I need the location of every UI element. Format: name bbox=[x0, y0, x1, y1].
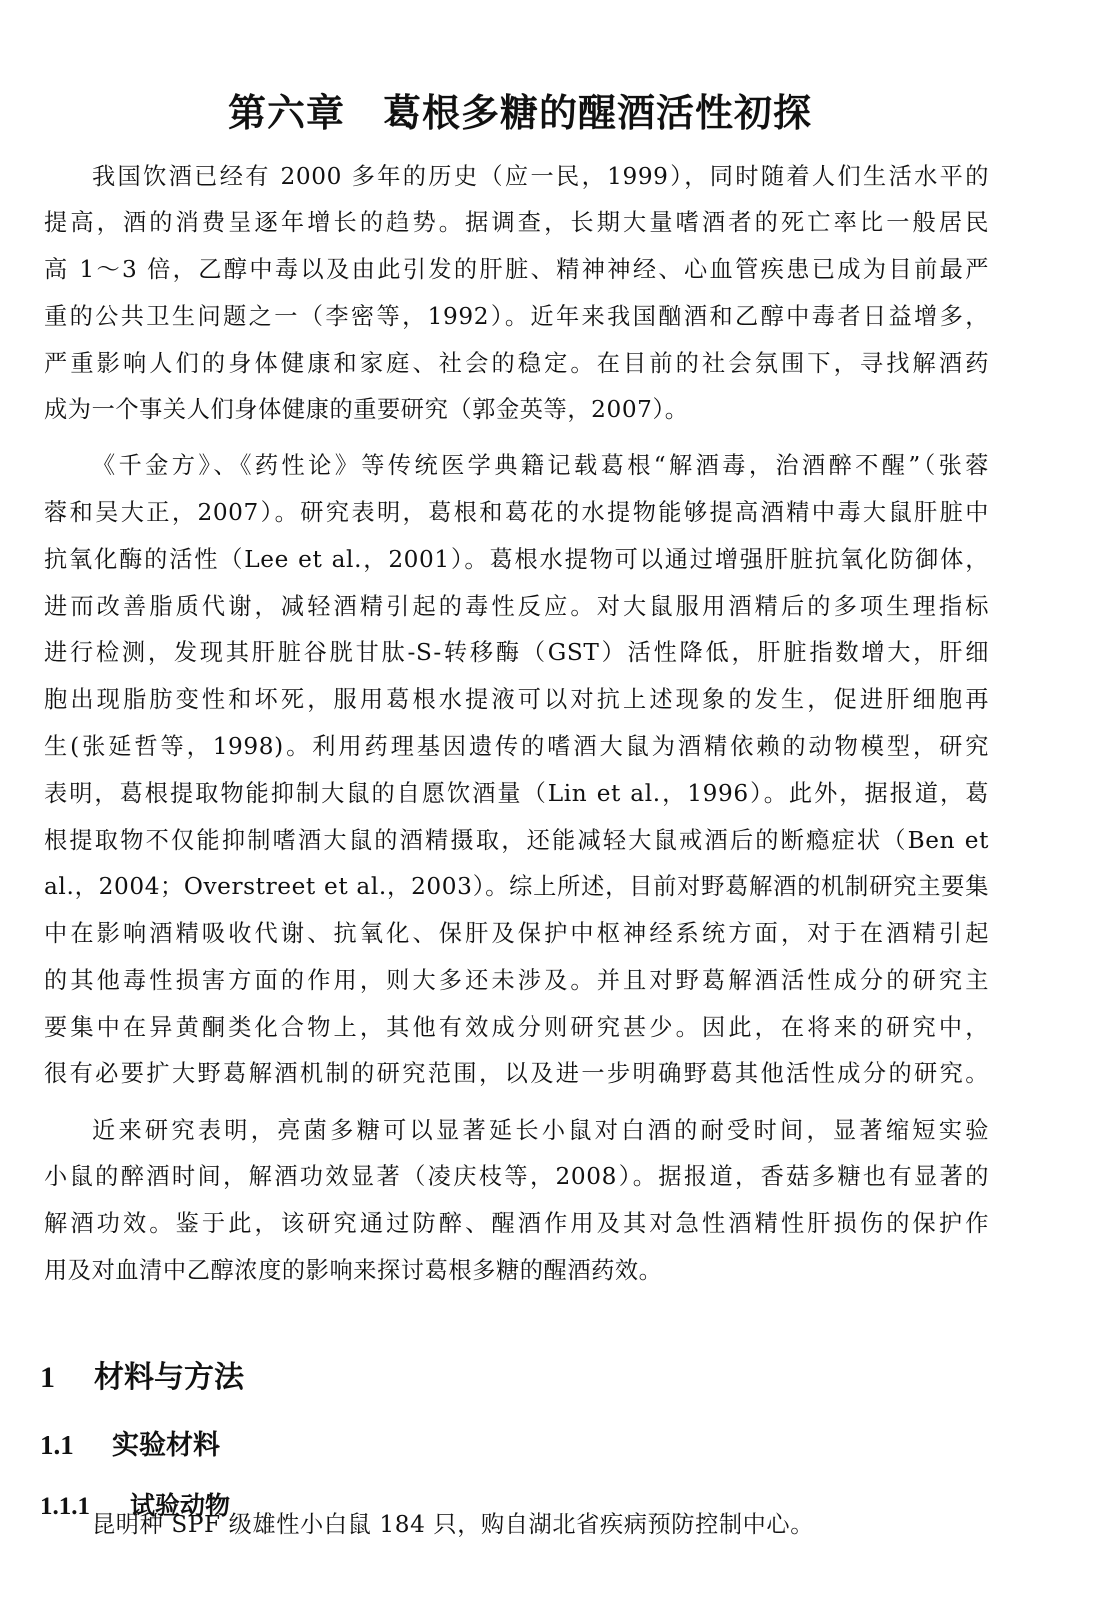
text-line: 解酒功效。鉴于此，该研究通过防醉、醒酒作用及其对急性酒精性肝损伤的保护作 bbox=[44, 1204, 989, 1244]
chapter-number: 第六章 bbox=[228, 91, 345, 135]
section-number: 1.1 bbox=[40, 1425, 112, 1465]
text-line: 抗氧化酶的活性（Lee et al.，2001）。葛根水提物可以通过增强肝脏抗氧… bbox=[44, 540, 989, 580]
text-line: al.，2004；Overstreet et al.，2003）。综上所述，目前… bbox=[44, 867, 989, 907]
text-line: 生(张延哲等，1998)。利用药理基因遗传的嗜酒大鼠为酒精依赖的动物模型，研究 bbox=[44, 727, 989, 767]
text-line: 的其他毒性损害方面的作用，则大多还未涉及。并且对野葛解酒活性成分的研究主 bbox=[44, 961, 989, 1001]
text-line: 高 1～3 倍，乙醇中毒以及由此引发的肝脏、精神神经、心血管疾患已成为目前最严 bbox=[44, 250, 989, 290]
text-line: 重的公共卫生问题之一（李密等，1992）。近年来我国酗酒和乙醇中毒者日益增多， bbox=[44, 297, 989, 337]
section-title: 材料与方法 bbox=[94, 1360, 244, 1395]
text-line: 我国饮酒已经有 2000 多年的历史（应一民，1999），同时随着人们生活水平的 bbox=[92, 157, 989, 197]
text-line: 成为一个事关人们身体健康的重要研究（郭金英等，2007）。 bbox=[44, 390, 989, 430]
text-line: 中在影响酒精吸收代谢、抗氧化、保肝及保护中枢神经系统方面，对于在酒精引起 bbox=[44, 914, 989, 954]
section-title: 实验材料 bbox=[112, 1430, 220, 1461]
text-line: 进而改善脂质代谢，减轻酒精引起的毒性反应。对大鼠服用酒精后的多项生理指标 bbox=[44, 587, 989, 627]
text-line: 很有必要扩大野葛解酒机制的研究范围，以及进一步明确野葛其他活性成分的研究。 bbox=[44, 1054, 989, 1094]
text-line: 表明，葛根提取物能抑制大鼠的自愿饮酒量（Lin et al.，1996）。此外，… bbox=[44, 774, 989, 814]
text-line: 《千金方》、《药性论》等传统医学典籍记载葛根“解酒毒，治酒醉不醒”（张蓉 bbox=[92, 446, 989, 486]
experimental-animals-text: 昆明种 SPF 级雄性小白鼠 184 只，购自湖北省疾病预防控制中心。 bbox=[92, 1505, 989, 1545]
section-number: 1 bbox=[40, 1356, 94, 1400]
section-heading-1: 1材料与方法 bbox=[40, 1356, 244, 1400]
text-line: 提高，酒的消费呈逐年增长的趋势。据调查，长期大量嗜酒者的死亡率比一般居民 bbox=[44, 203, 989, 243]
text-line: 蓉和吴大正，2007）。研究表明，葛根和葛花的水提物能够提高酒精中毒大鼠肝脏中 bbox=[44, 493, 989, 533]
text-line: 用及对血清中乙醇浓度的影响来探讨葛根多糖的醒酒药效。 bbox=[44, 1251, 989, 1291]
text-line: 小鼠的醉酒时间，解酒功效显著（凌庆枝等，2008）。据报道，香菇多糖也有显著的 bbox=[44, 1157, 989, 1197]
chapter-title: 第六章葛根多糖的醒酒活性初探 bbox=[0, 87, 1040, 139]
text-line: 要集中在异黄酮类化合物上，其他有效成分则研究甚少。因此，在将来的研究中， bbox=[44, 1008, 989, 1048]
text-line: 近来研究表明，亮菌多糖可以显著延长小鼠对白酒的耐受时间，显著缩短实验 bbox=[92, 1111, 989, 1151]
text-line: 严重影响人们的身体健康和家庭、社会的稳定。在目前的社会氛围下，寻找解酒药 bbox=[44, 344, 989, 384]
section-heading-1-1: 1.1实验材料 bbox=[40, 1425, 220, 1466]
text-line: 胞出现脂肪变性和坏死，服用葛根水提液可以对抗上述现象的发生，促进肝细胞再 bbox=[44, 680, 989, 720]
chapter-title-text: 葛根多糖的醒酒活性初探 bbox=[383, 91, 812, 135]
text-line: 进行检测，发现其肝脏谷胱甘肽-S-转移酶（GST）活性降低，肝脏指数增大，肝细 bbox=[44, 633, 989, 673]
text-line: 根提取物不仅能抑制嗜酒大鼠的酒精摄取，还能减轻大鼠戒酒后的断瘾症状（Ben et bbox=[44, 821, 989, 861]
